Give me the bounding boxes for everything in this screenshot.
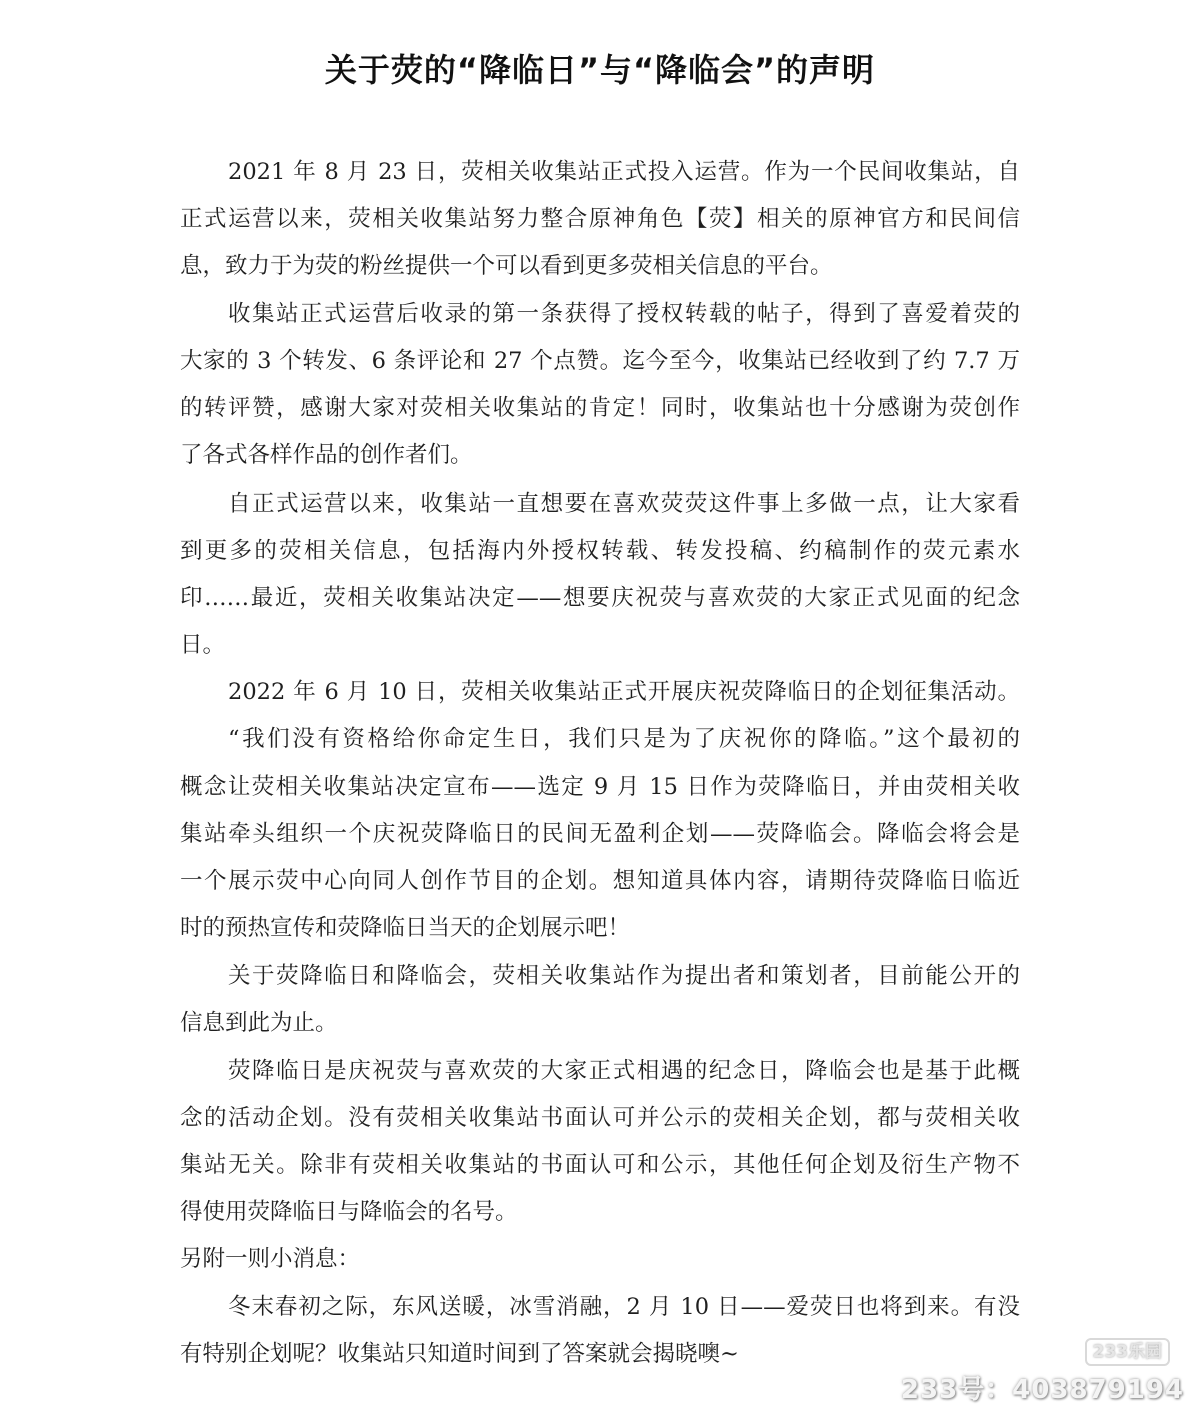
body-text-line: 收集站正式运营后收录的第一条获得了授权转载的帖子，得到了喜爱着荧的	[228, 298, 1020, 330]
body-text-line: 另附一则小消息：	[180, 1243, 1020, 1275]
body-text-line: 自正式运营以来，收集站一直想要在喜欢荧荧这件事上多做一点，让大家看	[228, 488, 1020, 520]
body-text-line: 集站无关。除非有荧相关收集站的书面认可和公示，其他任何企划及衍生产物不	[180, 1149, 1020, 1181]
body-text-line: 概念让荧相关收集站决定宣布——选定 9 月 15 日作为荧降临日，并由荧相关收	[180, 771, 1020, 803]
body-text-line: 集站牵头组织一个庆祝荧降临日的民间无盈利企划——荧降临会。降临会将会是	[180, 818, 1020, 850]
body-text-line: 息，致力于为荧的粉丝提供一个可以看到更多荧相关信息的平台。	[180, 250, 1020, 282]
body-text-line: 大家的 3 个转发、6 条评论和 27 个点赞。迄今至今，收集站已经收到了约 7…	[180, 345, 1020, 377]
watermark: 233乐园 233号：403879194	[914, 1332, 1184, 1412]
body-text-line: 日。	[180, 629, 1020, 661]
watermark-id: 233号：403879194	[901, 1374, 1184, 1406]
body-text-line: “我们没有资格给你命定生日，我们只是为了庆祝你的降临。”这个最初的	[228, 723, 1020, 755]
body-text-line: 有特别企划呢？收集站只知道时间到了答案就会揭晓噢~	[180, 1338, 1020, 1370]
document-page: 关于荧的“降临日”与“降临会”的声明 2021 年 8 月 23 日，荧相关收集…	[0, 0, 1200, 1420]
document-title: 关于荧的“降临日”与“降临会”的声明	[0, 46, 1200, 94]
body-text-line: 了各式各样作品的创作者们。	[180, 439, 1020, 471]
body-text-line: 念的活动企划。没有荧相关收集站书面认可并公示的荧相关企划，都与荧相关收	[180, 1102, 1020, 1134]
body-text-line: 一个展示荧中心向同人创作节目的企划。想知道具体内容，请期待荧降临日临近	[180, 865, 1020, 897]
body-text-line: 2022 年 6 月 10 日，荧相关收集站正式开展庆祝荧降临日的企划征集活动。	[228, 676, 1020, 708]
watermark-logo-badge: 233乐园	[1085, 1338, 1171, 1366]
body-text-line: 的转评赞，感谢大家对荧相关收集站的肯定！同时，收集站也十分感谢为荧创作	[180, 392, 1020, 424]
body-text-line: 荧降临日是庆祝荧与喜欢荧的大家正式相遇的纪念日，降临会也是基于此概	[228, 1055, 1020, 1087]
body-text-line: 时的预热宣传和荧降临日当天的企划展示吧！	[180, 912, 1020, 944]
body-text-line: 2021 年 8 月 23 日，荧相关收集站正式投入运营。作为一个民间收集站，自	[228, 156, 1020, 188]
body-text-line: 到更多的荧相关信息，包括海内外授权转载、转发投稿、约稿制作的荧元素水	[180, 535, 1020, 567]
body-text-line: 关于荧降临日和降临会，荧相关收集站作为提出者和策划者，目前能公开的	[228, 960, 1020, 992]
body-text-line: 冬末春初之际，东风送暖，冰雪消融，2 月 10 日——爱荧日也将到来。有没	[228, 1291, 1020, 1323]
body-text-line: 印……最近，荧相关收集站决定——想要庆祝荧与喜欢荧的大家正式见面的纪念	[180, 582, 1020, 614]
body-text-line: 正式运营以来，荧相关收集站努力整合原神角色【荧】相关的原神官方和民间信	[180, 203, 1020, 235]
body-text-line: 信息到此为止。	[180, 1007, 1020, 1039]
body-text-line: 得使用荧降临日与降临会的名号。	[180, 1196, 1020, 1228]
